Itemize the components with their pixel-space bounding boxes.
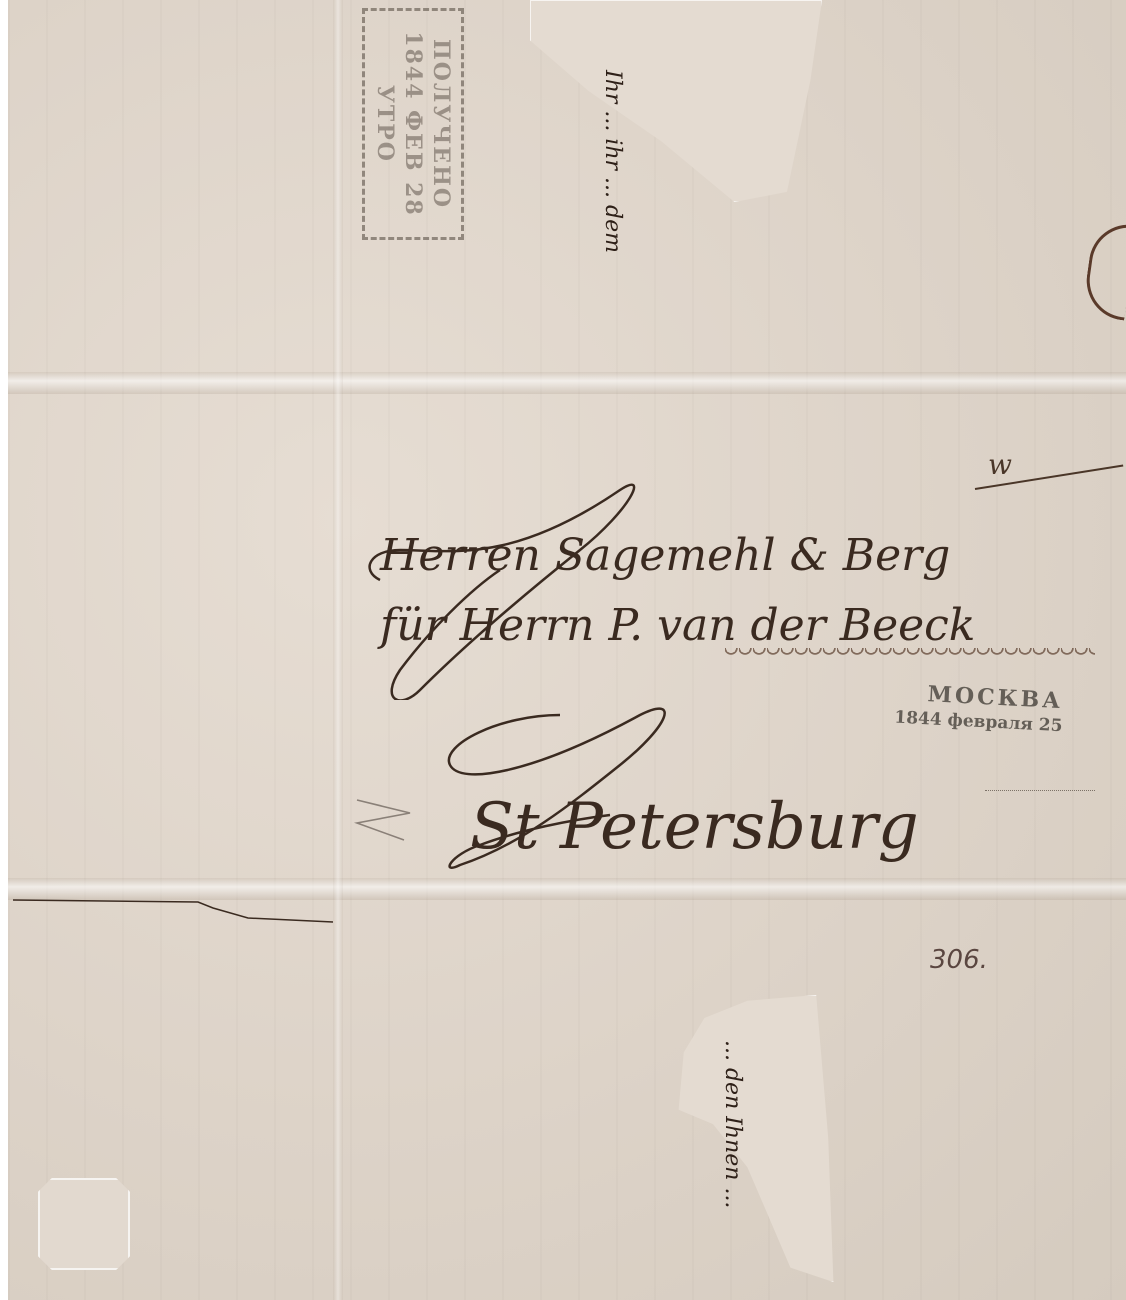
- paper-crack: [8, 888, 338, 928]
- receiving-postmark-line3: УТРО: [371, 14, 399, 234]
- receiving-postmark: ПОЛУЧЕНО 1844 ФЕВ 28 УТРО: [362, 8, 464, 240]
- address-line-2: für Herrn P. van der Beeck: [380, 600, 975, 651]
- address-flourish-h: [360, 470, 660, 700]
- postmark-dotted-line: [985, 790, 1095, 792]
- torn-text-fragment-top: Ihr ... ihr ... dem: [600, 70, 625, 253]
- address-city: St Petersburg: [470, 790, 919, 864]
- embossed-seal-icon: [38, 1178, 130, 1270]
- address-wavy-underline: [725, 648, 1095, 662]
- pencil-mark-n: [352, 795, 412, 845]
- vertical-fold-left: [333, 0, 343, 1300]
- pencil-reference-number: 306.: [930, 945, 988, 975]
- address-line-1: Herren Sagemehl & Berg: [380, 530, 950, 581]
- torn-text-fragment-bottom: ... den Ihnen ...: [720, 1040, 745, 1208]
- horizontal-fold-upper: [8, 372, 1126, 394]
- rate-mark-w: w: [988, 448, 1012, 481]
- receiving-postmark-line2: 1844 ФЕВ 28: [399, 14, 427, 234]
- receiving-postmark-line1: ПОЛУЧЕНО: [427, 14, 455, 234]
